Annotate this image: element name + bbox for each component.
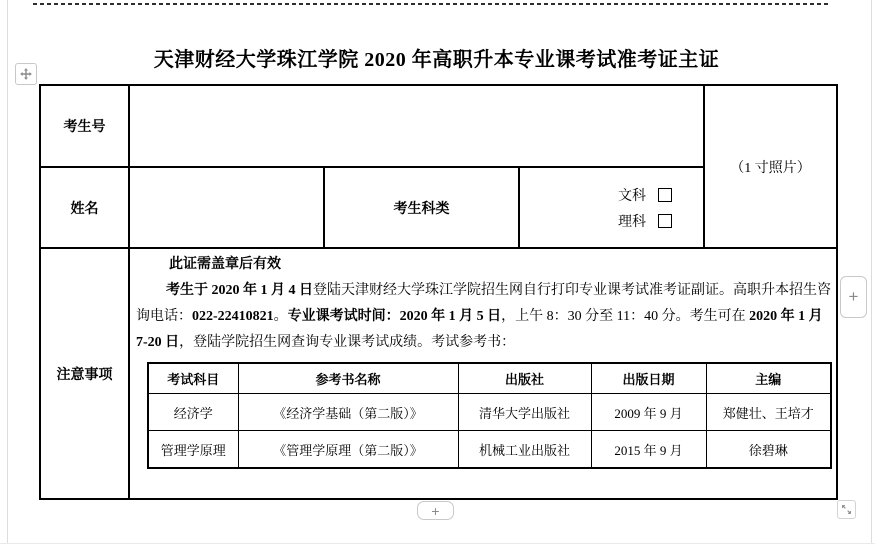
book-cell: 经济学 <box>148 394 238 431</box>
books-header-subject: 考试科目 <box>148 363 238 394</box>
divider <box>41 247 836 249</box>
page-right-edge-line <box>871 0 872 543</box>
book-cell: 2015 年 9 月 <box>591 431 706 469</box>
book-cell: 《管理学原理（第二版）》 <box>238 431 458 469</box>
books-header-editor: 主编 <box>706 363 831 394</box>
page-break-dashed-line <box>33 3 830 5</box>
books-header-publisher: 出版社 <box>458 363 591 394</box>
notes-text-segment: ，上午 8：30 分至 11：40 分。考生可在 <box>501 309 749 324</box>
notes-text-segment: 专业课考试时间：2020 年 1 月 5 日 <box>288 309 502 324</box>
notes-paragraph: 考生于 2020 年 1 月 4 日登陆天津财经大学珠江学院招生网自行打印专业课… <box>136 278 836 356</box>
notes-content: 此证需盖章后有效 考生于 2020 年 1 月 4 日登陆天津财经大学珠江学院招… <box>136 252 836 356</box>
plus-icon: + <box>849 287 859 307</box>
book-cell: 郑健壮、王培才 <box>706 394 831 431</box>
notes-label: 注意事项 <box>41 249 128 498</box>
books-header-book-name: 参考书名称 <box>238 363 458 394</box>
move-icon <box>19 67 33 81</box>
admission-ticket-table: 考生号 姓名 考生科类 文科 理科 （1 寸照片） 注意事项 此证需盖章后有效 … <box>39 84 838 500</box>
books-header-pub-date: 出版日期 <box>591 363 706 394</box>
category-option-science: 理科 <box>618 211 672 231</box>
science-label: 理科 <box>618 211 646 231</box>
book-row: 管理学原理《管理学原理（第二版）》机械工业出版社2015 年 9 月徐碧琳 <box>148 431 831 469</box>
page-left-edge-line <box>7 0 8 543</box>
category-label: 考生科类 <box>325 168 518 247</box>
plus-icon: + <box>431 504 439 518</box>
page-bottom-edge-line <box>0 543 875 544</box>
book-cell: 徐碧琳 <box>706 431 831 469</box>
name-value-cell[interactable] <box>130 168 323 247</box>
resize-icon <box>840 503 853 516</box>
books-header-row: 考试科目 参考书名称 出版社 出版日期 主编 <box>148 363 831 394</box>
name-label: 姓名 <box>41 168 128 247</box>
notes-text-segment: ，登陆学院招生网查询专业课考试成绩。考试参考书： <box>179 335 515 350</box>
book-cell: 机械工业出版社 <box>458 431 591 469</box>
liberal-arts-checkbox[interactable] <box>658 188 672 202</box>
notes-text-segment: 022-22410821 <box>192 309 274 324</box>
category-options-cell: 文科 理科 <box>520 168 703 247</box>
insert-row-button[interactable]: + <box>417 501 454 520</box>
book-cell: 2009 年 9 月 <box>591 394 706 431</box>
book-cell: 《经济学基础（第二版）》 <box>238 394 458 431</box>
notes-text-segment: 考生于 2020 年 1 月 4 日 <box>166 283 313 298</box>
liberal-arts-label: 文科 <box>618 185 646 205</box>
page-title: 天津财经大学珠江学院 2020 年高职升本专业课考试准考证主证 <box>39 46 834 74</box>
science-checkbox[interactable] <box>658 214 672 228</box>
notes-text-segment: 。 <box>274 309 288 324</box>
table-move-handle[interactable] <box>15 63 37 85</box>
book-row: 经济学《经济学基础（第二版）》清华大学出版社2009 年 9 月郑健壮、王培才 <box>148 394 831 431</box>
table-resize-handle[interactable] <box>837 500 856 519</box>
insert-column-button[interactable]: + <box>840 276 867 318</box>
document-canvas: 天津财经大学珠江学院 2020 年高职升本专业课考试准考证主证 考生号 姓名 考… <box>0 0 875 547</box>
notes-headline: 此证需盖章后有效 <box>136 252 836 278</box>
book-cell: 管理学原理 <box>148 431 238 469</box>
candidate-no-label: 考生号 <box>41 86 128 166</box>
candidate-no-value-cell[interactable] <box>130 86 703 166</box>
reference-books-table: 考试科目 参考书名称 出版社 出版日期 主编 经济学《经济学基础（第二版）》清华… <box>147 362 832 469</box>
category-option-liberal-arts: 文科 <box>618 185 672 205</box>
book-cell: 清华大学出版社 <box>458 394 591 431</box>
photo-placeholder-cell: （1 寸照片） <box>705 86 836 247</box>
